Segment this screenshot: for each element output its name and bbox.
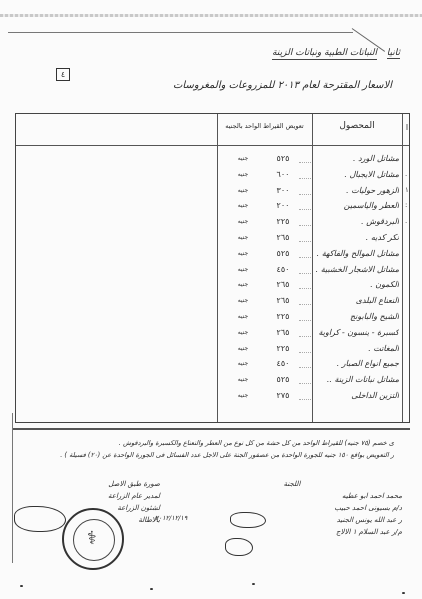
currency-unit: جنيه bbox=[228, 281, 258, 288]
currency-unit: جنيه bbox=[228, 202, 258, 209]
eagle-emblem-icon: ⚕ bbox=[87, 528, 97, 549]
currency-unit: جنيه bbox=[228, 392, 258, 399]
table-row: النعناع البلدى٢٦٥جنيه bbox=[16, 296, 409, 311]
scan-speck bbox=[150, 588, 153, 590]
currency-unit: جنيه bbox=[228, 345, 258, 352]
price-value: ٥٢٥ bbox=[268, 249, 298, 258]
scan-edge-artifact bbox=[0, 14, 422, 17]
currency-unit: جنيه bbox=[228, 329, 258, 336]
price-value: ٢٢٥ bbox=[268, 217, 298, 226]
price-value: ٢٢٥ bbox=[268, 344, 298, 353]
table-row: التزين الداخلى٢٧٥جنيه bbox=[16, 391, 409, 406]
leader-dots bbox=[299, 209, 311, 210]
product-name: التزين الداخلى bbox=[313, 391, 399, 400]
table-row: مشاتل نباتات الزينة ..٥٢٥جنيه bbox=[16, 375, 409, 390]
table-bottom-rule bbox=[12, 428, 410, 430]
row-mark: : bbox=[405, 201, 407, 209]
product-name: نكر كديه . bbox=[313, 233, 399, 242]
footnote: ر التعويض بواقع ١٥٠ جنيه للجورة الواحدة … bbox=[14, 449, 394, 461]
currency-unit: جنيه bbox=[228, 313, 258, 320]
leader-dots bbox=[299, 194, 311, 195]
table-row: مشاتل الورد .٥٢٥جنيه bbox=[16, 154, 409, 169]
leader-dots bbox=[299, 399, 311, 400]
row-mark: . bbox=[405, 217, 407, 225]
leader-dots bbox=[299, 162, 311, 163]
table-row: نكر كديه .٢٦٥جنيه bbox=[16, 233, 409, 248]
product-name: الشيح والبابونج bbox=[313, 312, 399, 321]
price-value: ٢٢٥ bbox=[268, 312, 298, 321]
department-title: النباتات الطبية ونباتات الزينة bbox=[272, 48, 377, 60]
leader-dots bbox=[299, 320, 311, 321]
product-name: مشاتل الموالح والفاكهة . bbox=[313, 249, 399, 258]
leader-dots bbox=[299, 241, 311, 242]
scan-speck bbox=[252, 583, 255, 585]
signature-scribble bbox=[225, 538, 253, 556]
table-row: مشاتل الموالح والفاكهة .٥٢٥جنيه bbox=[16, 249, 409, 264]
department-prefix: ثانيا bbox=[387, 48, 400, 59]
leader-dots bbox=[299, 288, 311, 289]
currency-unit: جنيه bbox=[228, 250, 258, 257]
price-value: ٥٢٥ bbox=[268, 375, 298, 384]
table-row: .مشاتل الايجبال .٦٠٠جنيه bbox=[16, 170, 409, 185]
currency-unit: جنيه bbox=[228, 171, 258, 178]
price-value: ٣٠٠ bbox=[268, 186, 298, 195]
price-value: ٢٦٥ bbox=[268, 296, 298, 305]
price-value: ٢٦٥ bbox=[268, 328, 298, 337]
price-value: ٢٦٥ bbox=[268, 233, 298, 242]
product-name: النعناع البلدى bbox=[313, 296, 399, 305]
row-mark: ١ bbox=[405, 186, 409, 194]
footnotes: ى خصم (٧٥ جنيه) للقيراط الواحد من كل حشة… bbox=[14, 437, 394, 461]
margin-rule bbox=[12, 413, 13, 563]
table-row: المغاتت .٢٢٥جنيه bbox=[16, 344, 409, 359]
currency-unit: جنيه bbox=[228, 266, 258, 273]
currency-unit: جنيه bbox=[228, 187, 258, 194]
product-name: الكمون . bbox=[313, 280, 399, 289]
leader-dots bbox=[299, 304, 311, 305]
leader-dots bbox=[299, 367, 311, 368]
leader-dots bbox=[299, 273, 311, 274]
committee-member: محمد احمد ابو عطيه bbox=[222, 490, 402, 502]
official-stamp: ⚕ bbox=[62, 508, 124, 570]
committee-heading: اللجنة bbox=[222, 478, 362, 490]
currency-unit: جنيه bbox=[228, 297, 258, 304]
certification-line: لمدير عام الزراعة bbox=[20, 490, 160, 502]
leader-dots bbox=[299, 178, 311, 179]
table-row: .البردقوش .٢٢٥جنيه bbox=[16, 217, 409, 232]
table-row: ١الزهور حوليات .٣٠٠جنيه bbox=[16, 186, 409, 201]
row-mark: . bbox=[405, 170, 407, 178]
table-header-divider bbox=[16, 145, 409, 146]
header-rule bbox=[8, 32, 353, 33]
footnote: ى خصم (٧٥ جنيه) للقيراط الواحد من كل حشة… bbox=[14, 437, 394, 449]
product-name: العطر والياسمين bbox=[313, 201, 399, 210]
table-row: :العطر والياسمين٢٠٠جنيه bbox=[16, 201, 409, 216]
table-row: كسبرة - ينسون - كراوية٢٦٥جنيه bbox=[16, 328, 409, 343]
product-name: المغاتت . bbox=[313, 344, 399, 353]
leader-dots bbox=[299, 352, 311, 353]
product-name: مشاتل نباتات الزينة .. bbox=[313, 375, 399, 384]
column-header-index: ا bbox=[403, 123, 411, 132]
scan-speck bbox=[20, 585, 23, 587]
product-name: مشاتل الورد . bbox=[313, 154, 399, 163]
price-value: ٦٠٠ bbox=[268, 170, 298, 179]
signature-scribble bbox=[230, 512, 266, 528]
price-table: ا المحصول تعويض القيراط الواحد بالجنيه م… bbox=[15, 113, 410, 423]
price-value: ٤٥٠ bbox=[268, 265, 298, 274]
price-value: ٢٦٥ bbox=[268, 280, 298, 289]
table-row: مشاتل الاشجار الخشبية .٤٥٠جنيه bbox=[16, 265, 409, 280]
product-name: الزهور حوليات . bbox=[313, 186, 399, 195]
currency-unit: جنيه bbox=[228, 376, 258, 383]
table-row: الكمون .٢٦٥جنيه bbox=[16, 280, 409, 295]
product-name: جميع أنواع الصبار . bbox=[313, 359, 399, 368]
table-row: جميع أنواع الصبار .٤٥٠جنيه bbox=[16, 359, 409, 374]
committee-signatures: اللجنة محمد احمد ابو عطيه د/م بسيونى احم… bbox=[222, 478, 402, 538]
leader-dots bbox=[299, 336, 311, 337]
column-header-price: تعويض القيراط الواحد بالجنيه bbox=[217, 122, 312, 130]
column-header-product: المحصول bbox=[312, 121, 402, 131]
currency-unit: جنيه bbox=[228, 218, 258, 225]
leader-dots bbox=[299, 383, 311, 384]
product-name: البردقوش . bbox=[313, 217, 399, 226]
price-value: ٢٧٥ bbox=[268, 391, 298, 400]
currency-unit: جنيه bbox=[228, 234, 258, 241]
product-name: كسبرة - ينسون - كراوية bbox=[313, 328, 399, 337]
leader-dots bbox=[299, 257, 311, 258]
table-row: الشيح والبابونج٢٢٥جنيه bbox=[16, 312, 409, 327]
price-value: ٢٠٠ bbox=[268, 201, 298, 210]
product-name: مشاتل الايجبال . bbox=[313, 170, 399, 179]
page-number: ٤ bbox=[56, 68, 70, 81]
certification-line: صورة طبق الاصل bbox=[20, 478, 160, 490]
price-value: ٤٥٠ bbox=[268, 359, 298, 368]
currency-unit: جنيه bbox=[228, 360, 258, 367]
document-title: الاسعار المقترحة لعام ٢٠١٣ للمزروعات وال… bbox=[173, 80, 392, 91]
product-name: مشاتل الاشجار الخشبية . bbox=[313, 265, 399, 274]
currency-unit: جنيه bbox=[228, 155, 258, 162]
scan-speck bbox=[402, 592, 405, 594]
leader-dots bbox=[299, 225, 311, 226]
price-value: ٥٢٥ bbox=[268, 154, 298, 163]
